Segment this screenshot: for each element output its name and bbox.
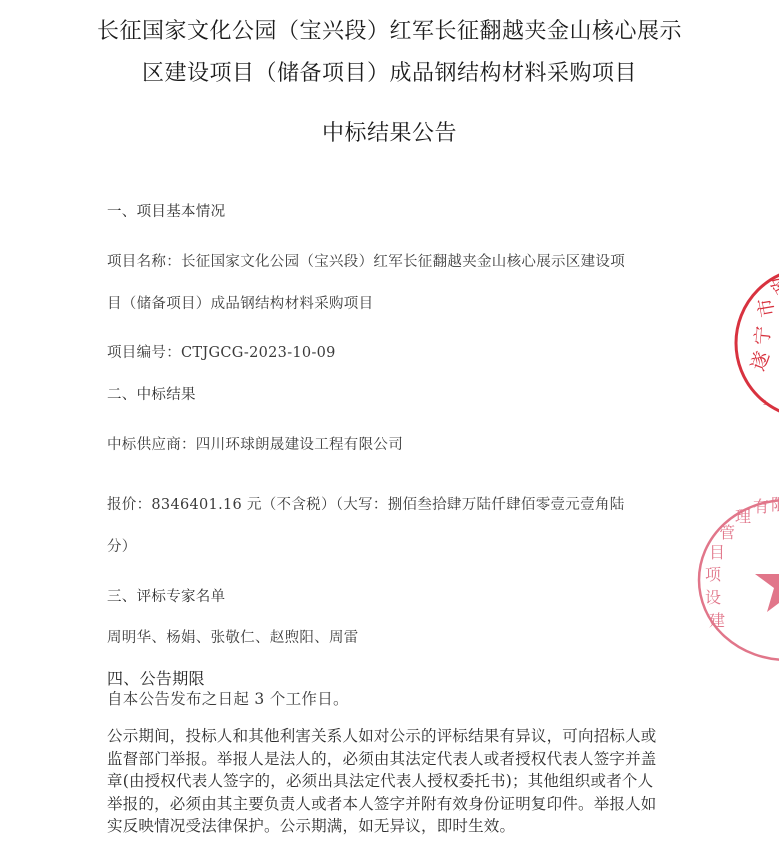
document-title-line2: 区建设项目（储备项目）成品钢结构材料采购项目 [0,56,779,87]
svg-text:设: 设 [705,588,721,607]
section-3-heading: 三、评标专家名单 [107,585,225,606]
section-1-heading: 一、项目基本情况 [107,200,225,221]
announcement-page: 长征国家文化公园（宝兴段）红军长征翻越夹金山核心展示 区建设项目（储备项目）成品… [0,0,779,848]
svg-text:政: 政 [766,270,779,297]
seal-2-icon: 建 设 项 目 管 理 有 限 [697,498,779,662]
project-number: 项目编号：CTJGCG-2023-10-09 [107,341,336,362]
project-name-line1: 项目名称：长征国家文化公园（宝兴段）红军长征翻越夹金山核心展示区建设项 [107,250,625,271]
svg-text:目: 目 [709,543,725,562]
notice-line: 实反映情况受法律保护。公示期满，如无异议，即时生效。 [107,815,673,838]
document-subtitle: 中标结果公告 [0,116,779,147]
winning-supplier: 中标供应商：四川环球朗晟建设工程有限公司 [107,433,403,454]
objection-notice: 公示期间，投标人和其他利害关系人如对公示的评标结果有异议，可向招标人或 监督部门… [107,725,673,838]
official-seal-1: 遂 宁 市 政 5 [733,265,779,421]
seal-1-icon: 遂 宁 市 政 5 [733,265,779,421]
svg-text:宁: 宁 [751,325,775,346]
document-title-line1: 长征国家文化公园（宝兴段）红军长征翻越夹金山核心展示 [0,14,779,45]
svg-text:建: 建 [709,611,725,630]
svg-text:限: 限 [771,495,779,514]
notice-line: 监督部门举报。举报人是法人的，必须由其法定代表人或者授权代表人签字并盖 [107,748,673,771]
bid-price-line2: 分） [107,535,137,556]
svg-text:遂: 遂 [747,348,775,374]
notice-line: 公示期间，投标人和其他利害关系人如对公示的评标结果有异议，可向招标人或 [107,725,673,748]
svg-text:管: 管 [719,523,735,542]
section-2-heading: 二、中标结果 [107,383,196,404]
svg-text:项: 项 [705,565,722,584]
svg-text:5: 5 [763,400,767,407]
bid-price-line1: 报价：8346401.16 元（不含税）（大写：捌佰叁拾肆万陆仟肆佰零壹元壹角陆 [107,493,625,514]
svg-text:市: 市 [754,296,779,319]
svg-text:理: 理 [735,507,751,526]
project-name-line2: 目（储备项目）成品钢结构材料采购项目 [107,292,373,313]
notice-line: 举报的，必须由其主要负责人或者本人签字并附有效身份证明复印件。举报人如 [107,793,673,816]
notice-line: 章(由授权代表人签字的，必须出具法定代表人授权委托书)；其他组织或者个人 [107,770,673,793]
svg-text:有: 有 [753,497,769,516]
official-seal-2: 建 设 项 目 管 理 有 限 [697,498,779,662]
announcement-period: 自本公告发布之日起 3 个工作日。 [107,687,349,709]
expert-list: 周明华、杨娟、张敬仁、赵煦阳、周雷 [107,626,359,647]
section-4-heading: 四、公告期限 [107,666,205,689]
